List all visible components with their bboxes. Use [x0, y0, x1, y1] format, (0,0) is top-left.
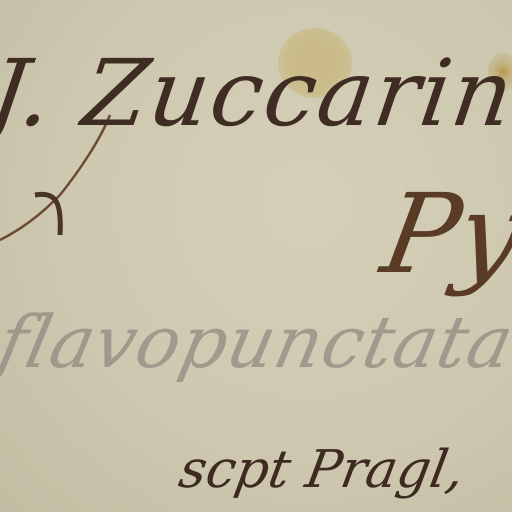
annotation-text: scpt Pragl,	[175, 440, 469, 500]
pencil-epithet: flavopunctata	[0, 300, 512, 384]
document-page: J. Zuccarini Pyl flavopunctata scpt Prag…	[0, 0, 512, 512]
genus-fragment: Pyl	[374, 170, 512, 298]
collector-name: J. Zuccarini	[0, 40, 512, 147]
